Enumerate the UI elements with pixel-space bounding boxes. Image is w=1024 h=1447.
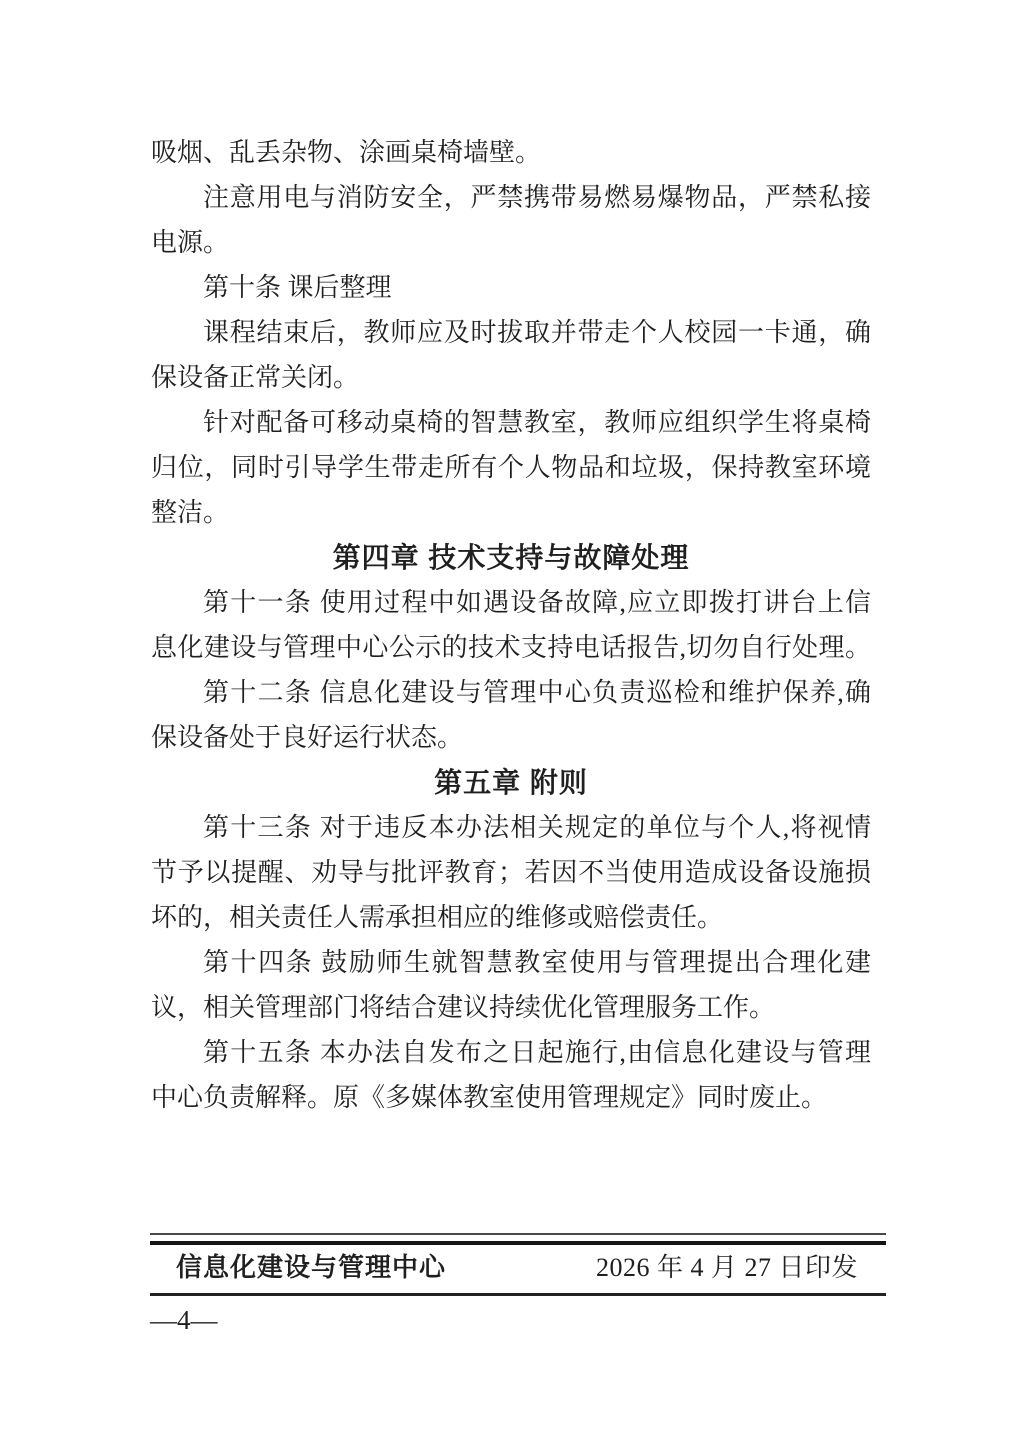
body-line: 吸烟、乱丢杂物、涂画桌椅墙壁。 [151, 130, 871, 175]
chapter-heading: 第四章 技术支持与故障处理 [151, 535, 871, 580]
footer-bottom-rule [150, 1293, 886, 1296]
body-line: 第十五条 本办法自发布之日起施行,由信息化建设与管理 [151, 1030, 871, 1075]
body-line: 保设备正常关闭。 [151, 355, 871, 400]
body-line: 针对配备可移动桌椅的智慧教室，教师应组织学生将桌椅 [151, 400, 871, 445]
body-line: 节予以提醒、劝导与批评教育；若因不当使用造成设备设施损 [151, 850, 871, 895]
body-line: 保设备处于良好运行状态。 [151, 715, 871, 760]
body-line: 第十一条 使用过程中如遇设备故障,应立即拨打讲台上信 [151, 580, 871, 625]
body-line: 注意用电与消防安全，严禁携带易燃易爆物品，严禁私接 [151, 175, 871, 220]
body-line: 课程结束后，教师应及时拔取并带走个人校园一卡通，确 [151, 310, 871, 355]
footer-issuer: 信息化建设与管理中心 [176, 1253, 446, 1283]
body-line: 电源。 [151, 220, 871, 265]
body-line: 第十二条 信息化建设与管理中心负责巡检和维护保养,确 [151, 670, 871, 715]
body-line: 息化建设与管理中心公示的技术支持电话报告,切勿自行处理。 [151, 625, 871, 670]
page-footer: 信息化建设与管理中心 2026 年 4 月 27 日印发 —4— [150, 1233, 886, 1335]
chapter-heading: 第五章 附则 [151, 760, 871, 805]
footer-issue-row: 信息化建设与管理中心 2026 年 4 月 27 日印发 [150, 1245, 886, 1293]
body-line: 第十三条 对于违反本办法相关规定的单位与个人,将视情 [151, 805, 871, 850]
body-line: 坏的，相关责任人需承担相应的维修或赔偿责任。 [151, 895, 871, 940]
footer-top-thin-rule [150, 1233, 886, 1235]
footer-print-date: 2026 年 4 月 27 日印发 [596, 1253, 858, 1283]
document-page: 吸烟、乱丢杂物、涂画桌椅墙壁。 注意用电与消防安全，严禁携带易燃易爆物品，严禁私… [0, 0, 1024, 1447]
body-line: 第十四条 鼓励师生就智慧教室使用与管理提出合理化建 [151, 940, 871, 985]
document-body: 吸烟、乱丢杂物、涂画桌椅墙壁。 注意用电与消防安全，严禁携带易燃易爆物品，严禁私… [151, 130, 871, 1120]
body-line: 整洁。 [151, 490, 871, 535]
body-line: 议，相关管理部门将结合建议持续优化管理服务工作。 [151, 985, 871, 1030]
page-number: —4— [150, 1305, 886, 1335]
article-heading-line: 第十条 课后整理 [151, 265, 871, 310]
body-line: 归位，同时引导学生带走所有个人物品和垃圾，保持教室环境 [151, 445, 871, 490]
body-line: 中心负责解释。原《多媒体教室使用管理规定》同时废止。 [151, 1075, 871, 1120]
